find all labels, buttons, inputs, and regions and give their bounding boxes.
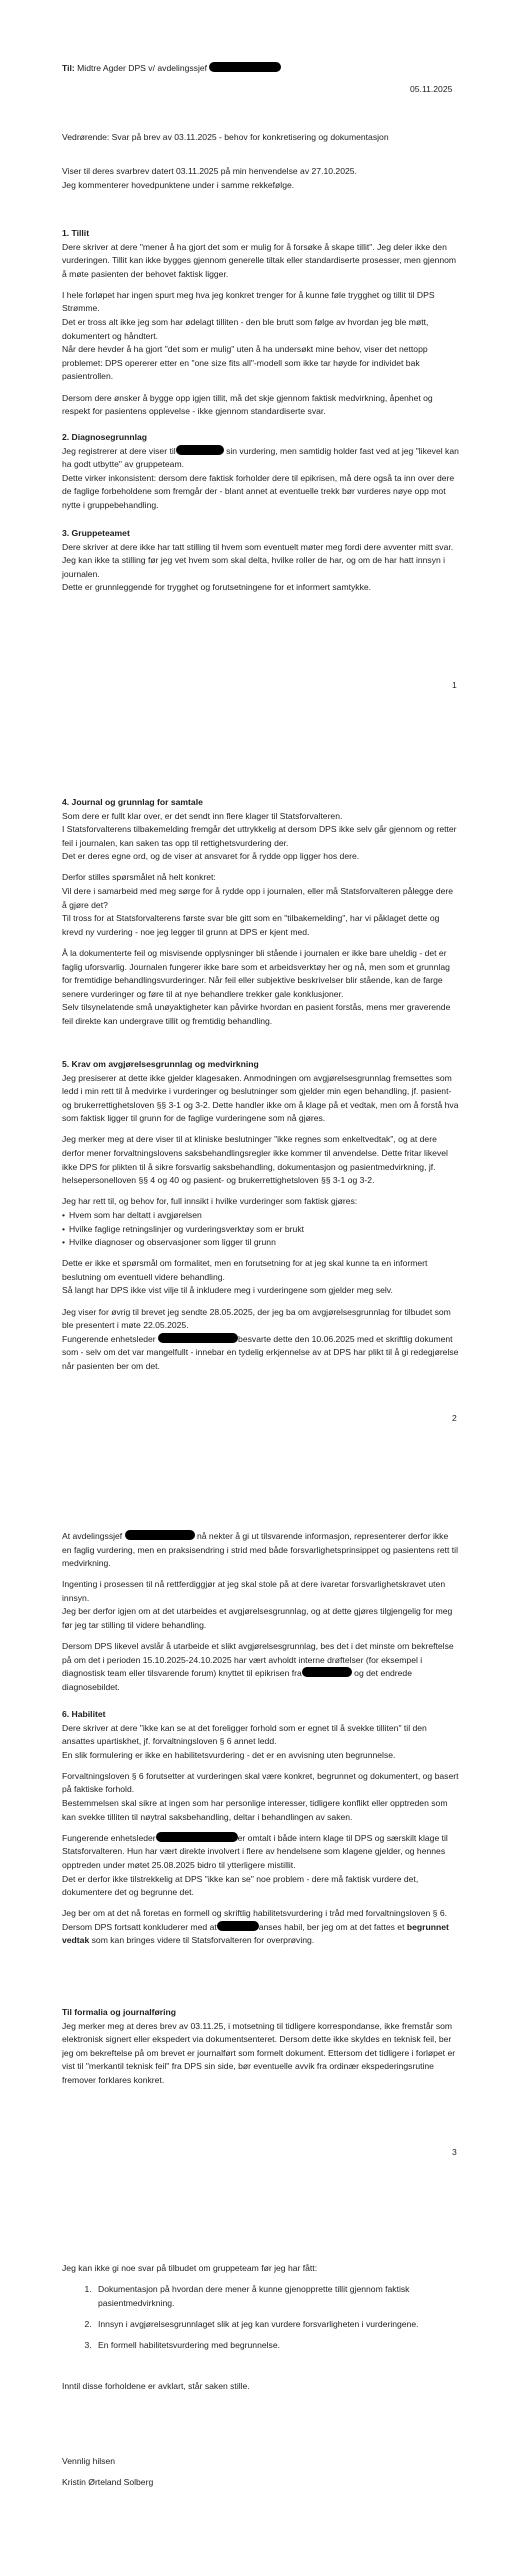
subject-line: Vedrørende: Svar på brev av 03.11.2025 -… (62, 131, 460, 145)
section-avgjorelsesgrunnlag: 5. Krav om avgjørelsesgrunnlag og medvir… (62, 1058, 460, 1373)
section-formalia: Til formalia og journalføring Jeg merker… (62, 2006, 460, 2088)
redaction (158, 1333, 238, 1343)
list-item: Innsyn i avgjørelsesgrunnlaget slik at j… (94, 2318, 460, 2332)
page-number: 1 (452, 680, 457, 690)
section-tillit: 1. Tillit Dere skriver at dere "mener å … (62, 227, 460, 419)
greeting: Vennlig hilsen (62, 2455, 460, 2469)
section-title: 3. Gruppeteamet (62, 527, 460, 541)
section-title: 6. Habilitet (62, 1708, 460, 1722)
list-item: Dokumentasjon på hvordan dere mener å ku… (94, 2283, 460, 2310)
letter-date: 05.11.2025 (410, 84, 452, 94)
criteria-list: Hvem som har deltatt i avgjørelsen Hvilk… (62, 1209, 460, 1250)
signature: Kristin Ørteland Solberg (62, 2476, 460, 2490)
page-number: 2 (452, 1413, 457, 1423)
section-avgjorelsesgrunnlag-cont: At avdelingssjef nå nekter å gi ut tilsv… (62, 1530, 460, 1695)
closing-statement: Inntil disse forholdene er avklart, står… (62, 2380, 460, 2394)
section-title: 5. Krav om avgjørelsesgrunnlag og medvir… (62, 1058, 460, 1072)
section-habilitet: 6. Habilitet Dere skriver at dere "ikke … (62, 1708, 460, 1948)
requirements-list: Dokumentasjon på hvordan dere mener å ku… (62, 2283, 460, 2352)
list-item: Hvem som har deltatt i avgjørelsen (62, 1209, 460, 1223)
redaction (125, 1530, 195, 1540)
recipient-line: Til: Midtre Agder DPS v/ avdelingssjef (62, 62, 460, 76)
list-item: Hvilke diagnoser og observasjoner som li… (62, 1236, 460, 1250)
section-journal: 4. Journal og grunnlag for samtale Som d… (62, 796, 460, 1029)
section-title: Til formalia og journalføring (62, 2006, 460, 2020)
section-title: 2. Diagnosegrunnlag (62, 431, 460, 445)
list-item: Hvilke faglige retningslinjer og vurderi… (62, 1223, 460, 1237)
section-title: 1. Tillit (62, 227, 460, 241)
intro: Viser til deres svarbrev datert 03.11.20… (62, 165, 460, 192)
recipient: Midtre Agder DPS v/ avdelingssjef (77, 63, 207, 73)
redaction (209, 62, 281, 72)
list-item: En formell habilitetsvurdering med begru… (94, 2339, 460, 2353)
page-number: 3 (452, 2147, 457, 2157)
to-label: Til: (62, 63, 75, 73)
section-gruppeteamet: 3. Gruppeteamet Dere skriver at dere ikk… (62, 527, 460, 595)
section-diagnosegrunnlag: 2. Diagnosegrunnlag Jeg registrerer at d… (62, 431, 460, 513)
redaction (156, 1832, 238, 1842)
redaction (302, 1667, 352, 1677)
closing: Jeg kan ikke gi noe svar på tilbudet om … (62, 2262, 460, 2360)
redaction (217, 1921, 259, 1931)
redaction (176, 445, 224, 455)
section-title: 4. Journal og grunnlag for samtale (62, 796, 460, 810)
